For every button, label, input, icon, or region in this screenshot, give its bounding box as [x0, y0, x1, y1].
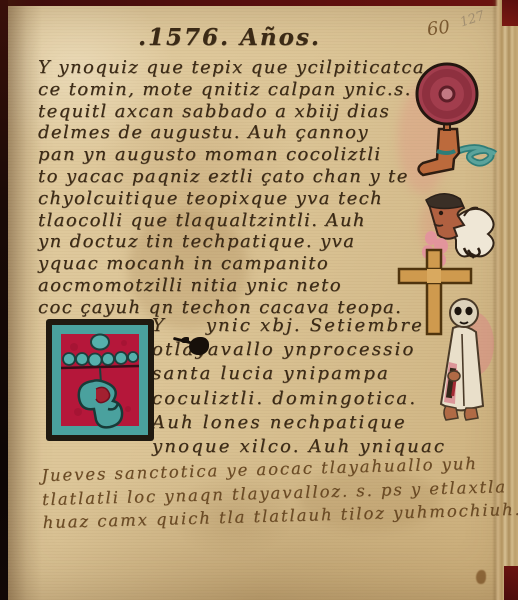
manuscript-page-photo: .1576. Años. 60 127 Y ynoquiz que tepix …	[0, 0, 518, 600]
year-heading: .1576. Años.	[138, 24, 321, 51]
binding-edge-left	[0, 0, 8, 600]
manuscript-text-line: ce tomin, mote qnitiz calpan ynic.s. tes	[38, 79, 438, 101]
manuscript-text-line: chyolcuitique teopixque yva tech	[38, 188, 438, 210]
binding-edge-top	[0, 0, 518, 6]
binding-corner-bottom-right	[504, 566, 518, 600]
manuscript-text-line: aocmomotzilli nitia ynic neto	[38, 275, 438, 297]
red-disc-icon	[417, 64, 477, 124]
manuscript-text-line: Auh lones nechpatique	[152, 411, 442, 435]
pale-face-icon	[450, 299, 478, 327]
foot-icon	[419, 129, 460, 175]
manuscript-text-line: santa lucia ynipampa	[152, 362, 442, 386]
robe-icon	[441, 326, 483, 410]
year-square-glyph	[44, 317, 156, 443]
manuscript-text-line: delmes de augustu. Auh çannoy	[38, 122, 438, 144]
manuscript-text-line: to yacac paqniz eztli çato chan y te	[38, 166, 438, 188]
hands	[448, 371, 460, 381]
gutter-shadow	[8, 0, 42, 600]
manuscript-text-line: yn doctuz tin techpatique. yva	[38, 231, 438, 253]
main-text-block: Y ynoquiz que tepix que ycilpiticatcace …	[38, 57, 438, 319]
manuscript-text-line: coculiztli. domingotica.	[152, 387, 442, 411]
manuscript-text-line: Y ynoquiz que tepix que ycilpiticatca	[38, 57, 438, 79]
binding-corner-top-right	[502, 0, 518, 26]
robed-figure-glyph	[424, 292, 502, 434]
disc-on-foot-glyph	[393, 57, 505, 189]
manuscript-text-line: pan yn augusto moman cocoliztli	[38, 144, 438, 166]
ink-blot	[189, 337, 209, 355]
folio-number: 60	[426, 17, 452, 41]
top-dot	[91, 335, 109, 350]
manuscript-text-line: tlaocolli que tlaqualtzintli. Auh	[38, 210, 438, 232]
ink-speck	[476, 570, 486, 584]
manuscript-text-line: tequitl axcan sabbado a xbiij dias	[38, 101, 438, 123]
footer-text-block: Jueves sanctotica ye aocac tlayahuallo y…	[41, 452, 483, 535]
manuscript-text-line: yquac mocanh in campanito	[38, 253, 438, 275]
pencil-foliation-mark: 127	[458, 9, 486, 31]
